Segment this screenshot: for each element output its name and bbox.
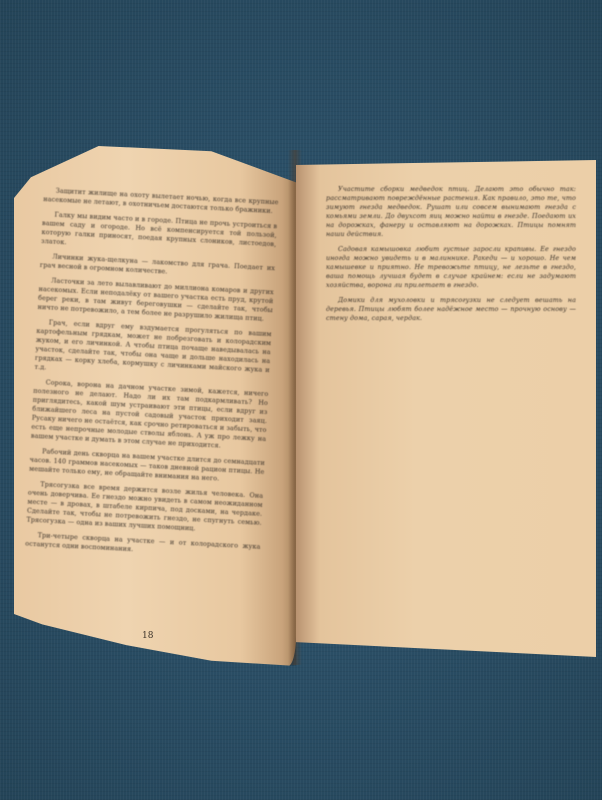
- paragraph: Галку мы видим часто и в городе. Птица н…: [41, 210, 278, 258]
- paragraph: Участите сборки медведок птиц. Делают эт…: [326, 185, 576, 239]
- paragraph: Сорока, ворона на дачном участке зимой, …: [31, 378, 269, 453]
- paragraph: Три-четыре скворца на участке — и от кол…: [25, 531, 261, 561]
- paragraph: Ласточки за лето вылавливают до миллиона…: [37, 276, 274, 324]
- right-book-page: Участите сборки медведок птиц. Делают эт…: [296, 160, 596, 657]
- paragraph: Грач, если вдруг ему вздумается прогулят…: [34, 318, 272, 384]
- paragraph: Домики для мухоловки и трясогузки не сле…: [326, 296, 576, 323]
- paragraph: Садовая камышовка любит густые заросли к…: [326, 245, 576, 290]
- paragraph: Трясогузка все время держится возле жиль…: [26, 480, 263, 537]
- paragraph: Рабочий день скворца на вашем участке дл…: [29, 447, 265, 486]
- left-page-text: Защитит жилище на охоту вылетает ночью, …: [25, 186, 279, 567]
- page-number: 18: [142, 631, 153, 641]
- left-book-page: Защитит жилище на охоту вылетает ночью, …: [14, 146, 296, 666]
- right-page-text: Участите сборки медведок птиц. Делают эт…: [326, 185, 576, 329]
